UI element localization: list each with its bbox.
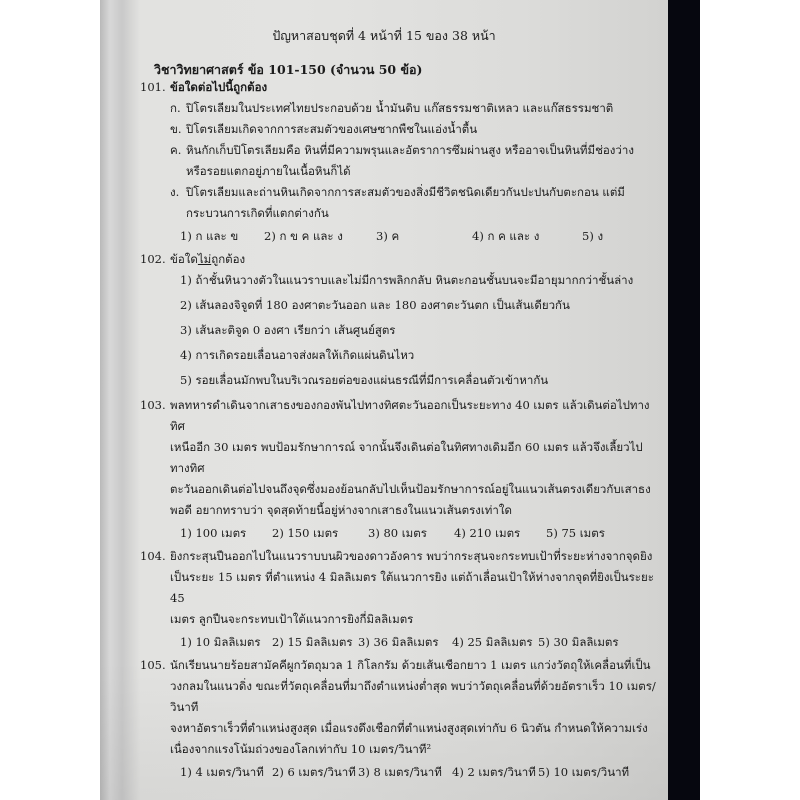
statement-continuation: กระบวนการเกิดที่แตกต่างกัน [140,203,660,224]
question-text: วงกลมในแนวดิ่ง ขณะที่วัตถุเคลื่อนที่มาถึ… [140,676,660,718]
answer-choices: 1) ก และ ข 2) ก ข ค และ ง 3) ค 4) ก ค แล… [140,226,660,247]
page-header: ปัญหาสอบชุดที่ 4 หน้าที่ 15 ของ 38 หน้า [100,26,668,46]
choice-5: 5) 30 มิลลิเมตร [538,632,619,653]
choice-1: 1) 100 เมตร [180,523,272,544]
question-stem: ข้อใดต่อไปนี้ถูกต้อง [170,77,660,98]
question-number: 105. [140,655,170,676]
choice-2: 2) ก ข ค และ ง [264,226,376,247]
question-text: เมตร ลูกปืนจะกระทบเป้าใต้แนวการยิงกี่มิล… [140,609,660,630]
statement: ง. ปิโตรเลียมและถ่านหินเกิดจากการสะสมตัว… [140,182,660,203]
choice-3: 3) 8 เมตร/วินาที [358,762,452,783]
question-stem: ข้อใดไม่ถูกต้อง [170,249,660,270]
option: 5) รอยเลื่อนมักพบในบริเวณรอยต่อของแผ่นธร… [170,370,660,391]
statement: ข. ปิโตรเลียมเกิดจากการสะสมตัวของเศษซากพ… [140,119,660,140]
answer-choices: 1) 4 เมตร/วินาที 2) 6 เมตร/วินาที 3) 8 เ… [140,762,660,783]
question-number: 102. [140,249,170,270]
option: 1) ถ้าชั้นหินวางตัวในแนวราบและไม่มีการพล… [170,270,660,291]
question-102: 102. ข้อใดไม่ถูกต้อง 1) ถ้าชั้นหินวางตัว… [140,249,660,391]
option: 2) เส้นลองจิจูดที่ 180 องศาตะวันออก และ … [170,295,660,316]
background-dark-surface [668,0,700,800]
question-text: จงหาอัตราเร็วที่ตำแหน่งสูงสุด เมื่อแรงดึ… [140,718,660,739]
statement: ค. หินกักเก็บปิโตรเลียมคือ หินที่มีความพ… [140,140,660,161]
question-text: ตะวันออกเดินต่อไปจนถึงจุดซึ่งมองย้อนกลับ… [140,479,660,500]
option: 4) การเกิดรอยเลื่อนอาจส่งผลให้เกิดแผ่นดิ… [170,345,660,366]
question-number: 103. [140,395,170,437]
question-104: 104. ยิงกระสุนปืนออกไปในแนวราบบนผิวของดา… [140,546,660,653]
question-text: นักเรียนนายร้อยสามัคคีผูกวัตถุมวล 1 กิโล… [170,655,660,676]
choice-1: 1) 4 เมตร/วินาที [180,762,272,783]
choice-5: 5) 75 เมตร [546,523,605,544]
question-text: เนื่องจากแรงโน้มถ่วงของโลกเท่ากับ 10 เมต… [140,739,660,760]
choice-3: 3) 80 เมตร [368,523,454,544]
choice-4: 4) 25 มิลลิเมตร [452,632,538,653]
choice-5: 5) 10 เมตร/วินาที [538,762,629,783]
choice-4: 4) 2 เมตร/วินาที [452,762,538,783]
question-text: พอดี อยากทราบว่า จุดสุดท้ายนี้อยู่ห่างจา… [140,500,660,521]
choice-5: 5) ง [582,226,603,247]
question-text: พลทหารดำเดินจากเสาธงของกองพันไปทางทิศตะว… [170,395,660,437]
choice-1: 1) ก และ ข [180,226,264,247]
statement-continuation: หรือรอยแตกอยู่ภายในเนื้อหินก็ได้ [140,161,660,182]
option: 3) เส้นละติจูด 0 องศา เรียกว่า เส้นศูนย์… [170,320,660,341]
exam-page: ปัญหาสอบชุดที่ 4 หน้าที่ 15 ของ 38 หน้า … [100,0,668,800]
choice-2: 2) 150 เมตร [272,523,368,544]
question-text: เป็นระยะ 15 เมตร ที่ตำแหน่ง 4 มิลลิเมตร … [140,567,660,609]
question-text: ยิงกระสุนปืนออกไปในแนวราบบนผิวของดาวอังค… [170,546,660,567]
questions: 101. ข้อใดต่อไปนี้ถูกต้อง ก. ปิโตรเลียมใ… [140,77,660,785]
choice-2: 2) 6 เมตร/วินาที [272,762,358,783]
question-101: 101. ข้อใดต่อไปนี้ถูกต้อง ก. ปิโตรเลียมใ… [140,77,660,247]
question-number: 104. [140,546,170,567]
choice-3: 3) 36 มิลลิเมตร [358,632,452,653]
answer-choices: 1) 10 มิลลิเมตร 2) 15 มิลลิเมตร 3) 36 มิ… [140,632,660,653]
choice-1: 1) 10 มิลลิเมตร [180,632,272,653]
question-103: 103. พลทหารดำเดินจากเสาธงของกองพันไปทางท… [140,395,660,544]
statement: ก. ปิโตรเลียมในประเทศไทยประกอบด้วย น้ำมั… [140,98,660,119]
answer-choices: 1) 100 เมตร 2) 150 เมตร 3) 80 เมตร 4) 21… [140,523,660,544]
choice-4: 4) ก ค และ ง [472,226,582,247]
choice-3: 3) ค [376,226,472,247]
question-number: 101. [140,77,170,98]
choice-4: 4) 210 เมตร [454,523,546,544]
choice-2: 2) 15 มิลลิเมตร [272,632,358,653]
question-105: 105. นักเรียนนายร้อยสามัคคีผูกวัตถุมวล 1… [140,655,660,783]
question-text: เหนืออีก 30 เมตร พบป้อมรักษาการณ์ จากนั้… [140,437,660,479]
